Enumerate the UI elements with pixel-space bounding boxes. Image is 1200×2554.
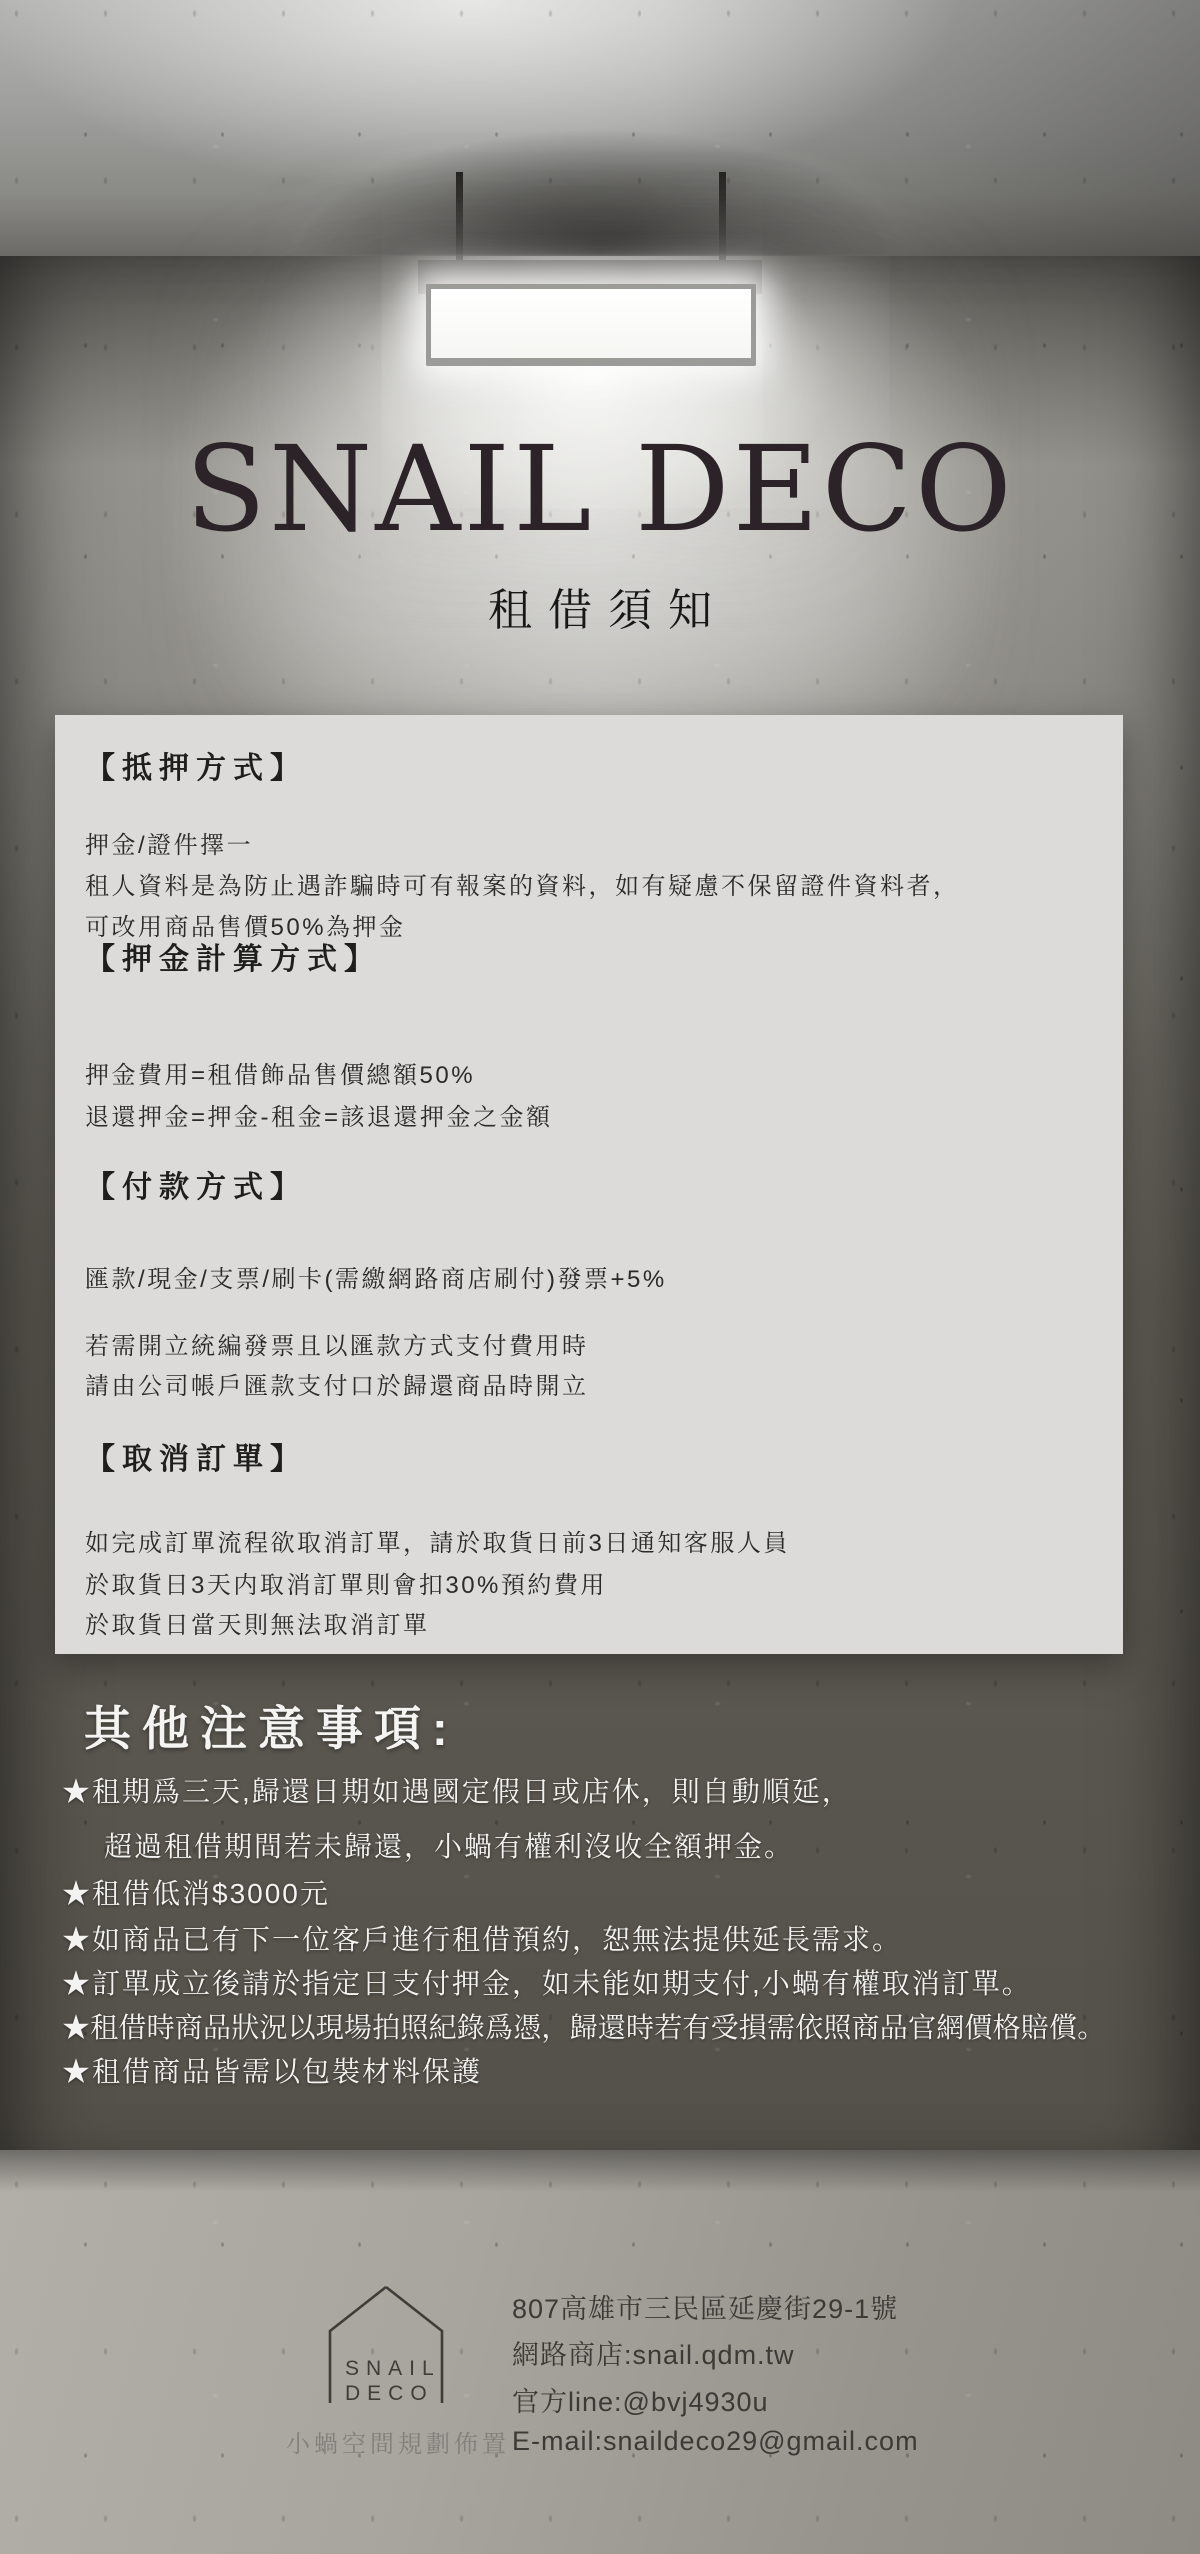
section-line: 於取貨日3天内取消訂單則會扣30%預約費用: [85, 1565, 607, 1600]
section-line: 租人資料是為防止遇詐騙時可有報案的資料，如有疑慮不保留證件資料者，: [85, 866, 960, 901]
footer-address: 807高雄市三民區延慶街29-1號: [512, 2287, 898, 2326]
logo-text-line2: DECO: [345, 2382, 434, 2405]
page-title: 租借須知: [0, 574, 1200, 638]
section-heading-deposit-calculation: 【押金計算方式】: [85, 934, 381, 978]
note-item-continuation: 超過租借期間若未歸還，小蝸有權利沒收全額押金。: [104, 1825, 794, 1865]
note-item: ★如商品已有下一位客戶進行租借預約，恕無法提供延長需求。: [62, 1918, 902, 1958]
footer-online-shop: 網路商店:snail.qdm.tw: [512, 2333, 795, 2372]
note-item: ★租期爲三天,歸還日期如遇國定假日或店休，則自動順延，: [62, 1770, 852, 1810]
section-heading-cancel-order: 【取消訂單】: [85, 1434, 307, 1478]
note-item: ★租借商品皆需以包裝材料保護: [62, 2050, 482, 2090]
footer-email: E-mail:snaildeco29@gmail.com: [512, 2426, 919, 2457]
section-line: 押金/證件擇一: [85, 825, 253, 860]
footer-tagline: 小蝸空間規劃佈置: [286, 2424, 486, 2459]
brand-title: SNAIL DECO: [0, 428, 1200, 552]
section-heading-payment-method: 【付款方式】: [85, 1162, 307, 1206]
notice-box: 【抵押方式】 押金/證件擇一 租人資料是為防止遇詐騙時可有報案的資料，如有疑慮不…: [55, 715, 1123, 1654]
other-notes-title: 其他注意事項:: [84, 1692, 459, 1759]
section-line: 如完成訂單流程欲取消訂單，請於取貨日前3日通知客服人員: [85, 1523, 790, 1558]
house-outline-logo-icon: SNAIL DECO: [326, 2282, 446, 2408]
section-line: 匯款/現金/支票/刷卡(需繳網路商店刷付)發票+5%: [85, 1259, 667, 1294]
ceiling-panel-light-icon: [426, 284, 756, 366]
concrete-ceiling: [0, 0, 1200, 258]
lamp-rod-left: [456, 172, 463, 264]
footer-line-id: 官方line:@bvj4930u: [512, 2380, 769, 2419]
note-item: ★租借時商品狀況以現場拍照紀錄爲憑，歸還時若有受損需依照商品官網價格賠償。: [62, 2006, 1105, 2046]
section-line: 於取貨日當天則無法取消訂單: [85, 1605, 430, 1640]
section-heading-deposit-method: 【抵押方式】: [85, 743, 307, 787]
rental-notice-poster: SNAIL DECO 租借須知 【抵押方式】 押金/證件擇一 租人資料是為防止遇…: [0, 0, 1200, 2554]
lamp-rod-right: [719, 172, 726, 264]
section-line: 請由公司帳戶匯款支付口於歸還商品時開立: [85, 1366, 589, 1401]
note-item: ★租借低消$3000元: [62, 1872, 330, 1912]
note-item: ★訂單成立後請於指定日支付押金，如未能如期支付,小蝸有權取消訂單。: [62, 1962, 1032, 2002]
section-line: 押金費用=租借飾品售價總額50%: [85, 1055, 475, 1090]
logo-text-line1: SNAIL: [345, 2357, 441, 2380]
section-line: 若需開立統編發票且以匯款方式支付費用時: [85, 1326, 589, 1361]
section-line: 退還押金=押金-租金=該退還押金之金額: [85, 1097, 553, 1132]
